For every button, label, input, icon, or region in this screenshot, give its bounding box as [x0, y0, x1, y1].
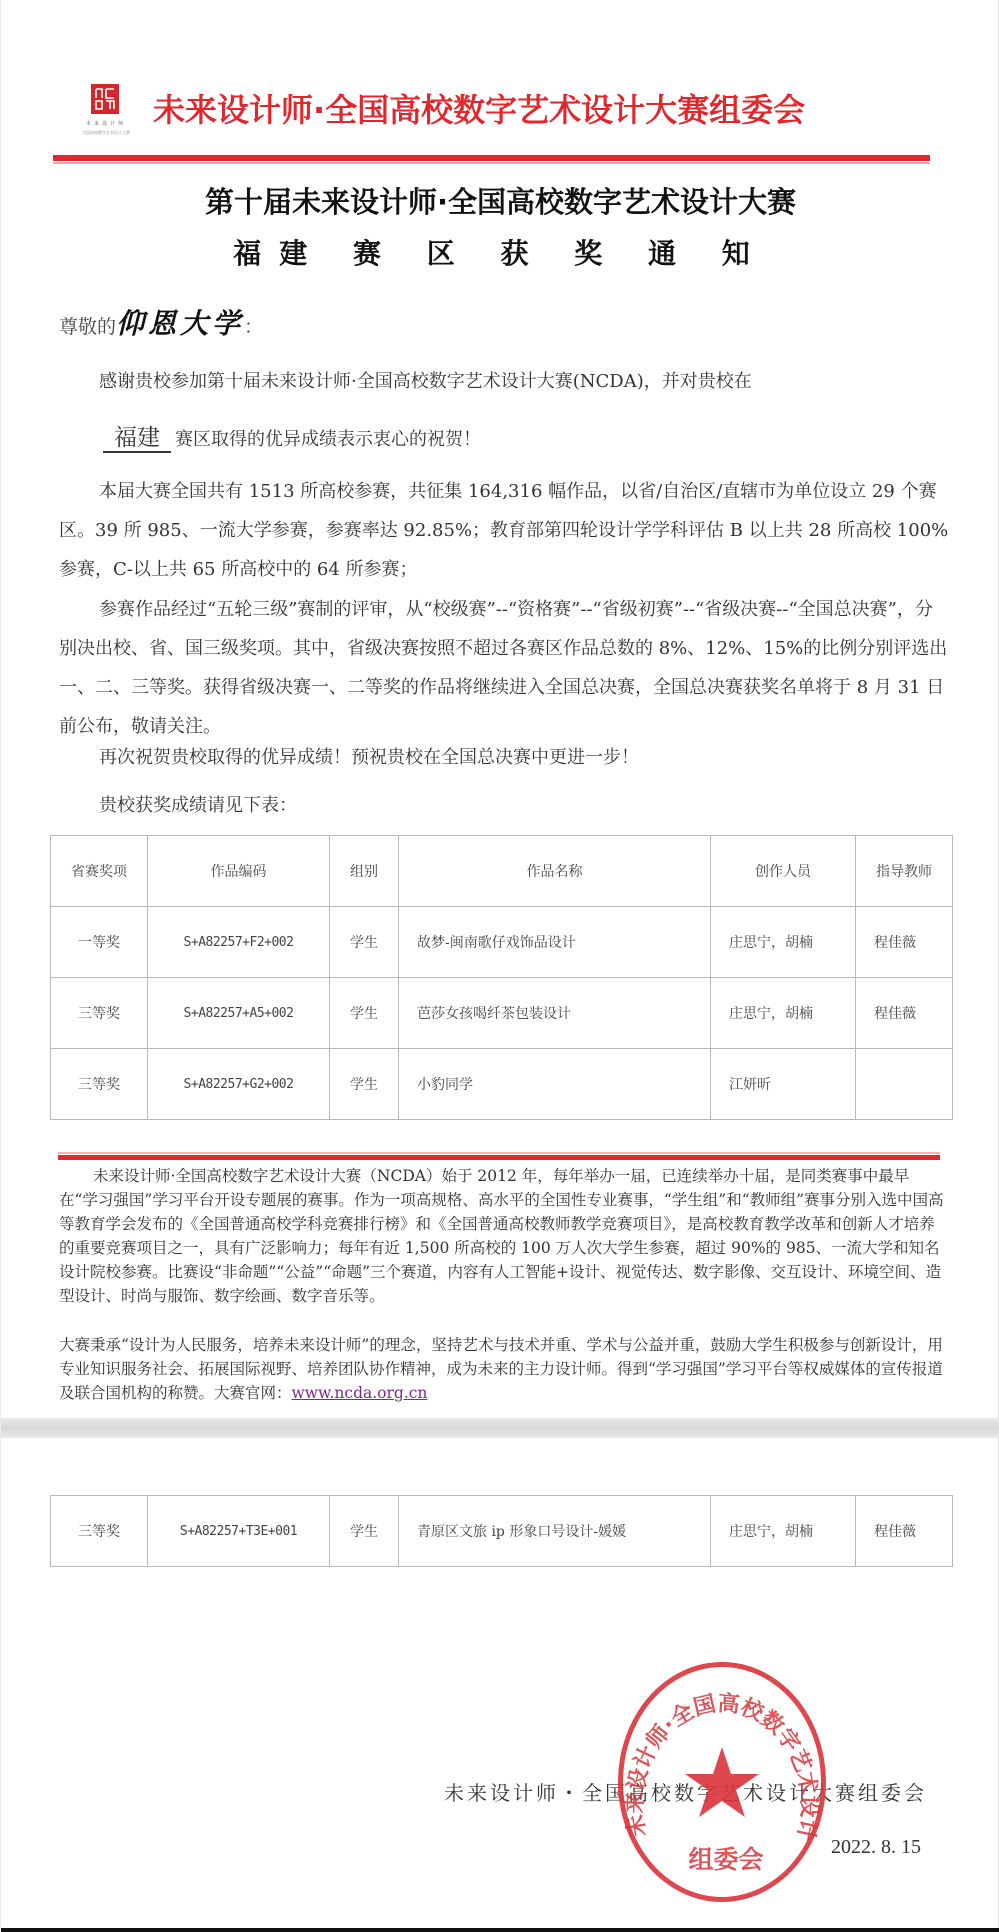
school-name: 仰恩大学: [116, 307, 244, 340]
cell-group: 学生: [330, 1049, 399, 1120]
footer-intro-paragraph: 未来设计师·全国高校数字艺术设计大赛（NCDA）始于 2012 年，每年举办一届…: [59, 1164, 947, 1308]
cell-title: 青原区文旅 ip 形象口号设计-媛媛: [399, 1496, 711, 1567]
header-divider: [53, 155, 930, 161]
footer-mission-text: 大赛秉承“设计为人民服务，培养未来设计师”的理念，坚持艺术与技术并重、学术与公益…: [59, 1336, 943, 1402]
cell-award: 三等奖: [51, 978, 148, 1049]
salutation: 尊敬的仰恩大学：: [59, 302, 263, 342]
salutation-suffix: ：: [244, 316, 263, 338]
cell-advisor: 程佳薇: [856, 1496, 953, 1567]
paragraph-see-table: 贵校获奖成绩请见下表：: [59, 786, 949, 825]
cell-creators: 庄思宁，胡楠: [711, 907, 856, 978]
cell-code: S+A82257+A5+002: [148, 978, 330, 1049]
cell-title: 故梦-闽南歌仔戏饰品设计: [399, 907, 711, 978]
cell-group: 学生: [330, 1496, 399, 1567]
cell-creators: 庄思宁，胡楠: [711, 978, 856, 1049]
region-name: 福建: [103, 425, 171, 453]
cell-title: 芭莎女孩喝纤茶包装设计: [399, 978, 711, 1049]
cell-title: 小豹同学: [399, 1049, 711, 1120]
logo-caption: 未来设计师: [75, 120, 137, 127]
cell-code: S+A82257+G2+002: [148, 1049, 330, 1120]
paragraph-region: 福建赛区取得的优异成绩表示衷心的祝贺！: [59, 420, 949, 459]
table-row: 三等奖 S+A82257+T3E+001 学生 青原区文旅 ip 形象口号设计-…: [51, 1496, 953, 1567]
website-link[interactable]: www.ncda.org.cn: [292, 1384, 428, 1402]
cell-creators: 江妍昕: [711, 1049, 856, 1120]
salutation-prefix: 尊敬的: [59, 316, 116, 338]
page-break-band: [1, 1418, 999, 1438]
bottom-edge: [1, 1928, 999, 1932]
organization-title: 未来设计师·全国高校数字艺术设计大赛组委会: [153, 85, 805, 131]
cell-group: 学生: [330, 978, 399, 1049]
cell-advisor: 程佳薇: [856, 978, 953, 1049]
cell-code: S+A82257+T3E+001: [148, 1496, 330, 1567]
column-header-creators: 创作人员: [711, 836, 856, 907]
column-header-group: 组别: [330, 836, 399, 907]
cell-award: 三等奖: [51, 1496, 148, 1567]
cell-award: 一等奖: [51, 907, 148, 978]
cell-code: S+A82257+F2+002: [148, 907, 330, 978]
column-header-award: 省赛奖项: [51, 836, 148, 907]
table-row: 三等奖 S+A82257+A5+002 学生 芭莎女孩喝纤茶包装设计 庄思宁，胡…: [51, 978, 953, 1049]
footer-divider-top: [58, 1152, 940, 1154]
ncda-logo-icon: [91, 84, 119, 114]
svg-text:未来设计师·全国高校数字艺术设计大赛: 未来设计师·全国高校数字艺术设计大赛: [618, 1662, 822, 1843]
cell-advisor: [856, 1049, 953, 1120]
table-row: 一等奖 S+A82257+F2+002 学生 故梦-闽南歌仔戏饰品设计 庄思宁，…: [51, 907, 953, 978]
seal-star-icon: [685, 1747, 759, 1817]
paragraph-congrats: 再次祝贺贵校取得的优异成绩！预祝贵校在全国总决赛中更进一步！: [59, 738, 949, 777]
logo-subcaption: 全国高校数字艺术设计大赛: [69, 130, 143, 136]
column-header-code: 作品编码: [148, 836, 330, 907]
document-subtitle: 福建 赛 区 获 奖 通 知: [1, 232, 999, 272]
paragraph-rules: 参赛作品经过“五轮三级”赛制的评审，从“校级赛”--“资格赛”--“省级初赛”-…: [59, 590, 949, 746]
document-page: 未来设计师 全国高校数字艺术设计大赛 未来设计师·全国高校数字艺术设计大赛组委会…: [0, 0, 999, 1930]
paragraph-region-text: 赛区取得的优异成绩表示衷心的祝贺！: [175, 429, 481, 450]
paragraph-stats: 本届大赛全国共有 1513 所高校参赛，共征集 164,316 幅作品，以省/自…: [59, 472, 949, 589]
paragraph-thanks: 感谢贵校参加第十届未来设计师·全国高校数字艺术设计大赛(NCDA)，并对贵校在: [59, 362, 949, 401]
column-header-advisor: 指导教师: [856, 836, 953, 907]
table-header-row: 省赛奖项 作品编码 组别 作品名称 创作人员 指导教师: [51, 836, 953, 907]
cell-advisor: 程佳薇: [856, 907, 953, 978]
cell-group: 学生: [330, 907, 399, 978]
signature-date: 2022. 8. 15: [831, 1836, 921, 1859]
header-divider-shadow: [53, 162, 930, 164]
column-header-title: 作品名称: [399, 836, 711, 907]
awards-table: 省赛奖项 作品编码 组别 作品名称 创作人员 指导教师 一等奖 S+A82257…: [50, 835, 953, 1120]
footer-divider: [58, 1155, 940, 1160]
document-title: 第十届未来设计师·全国高校数字艺术设计大赛: [1, 180, 999, 221]
footer-mission-paragraph: 大赛秉承“设计为人民服务，培养未来设计师”的理念，坚持艺术与技术并重、学术与公益…: [59, 1333, 947, 1405]
awards-table-continued: 三等奖 S+A82257+T3E+001 学生 青原区文旅 ip 形象口号设计-…: [50, 1495, 953, 1567]
cell-creators: 庄思宁，胡楠: [711, 1496, 856, 1567]
table-row: 三等奖 S+A82257+G2+002 学生 小豹同学 江妍昕: [51, 1049, 953, 1120]
seal-bottom-text: 组委会: [681, 1840, 771, 1876]
cell-award: 三等奖: [51, 1049, 148, 1120]
